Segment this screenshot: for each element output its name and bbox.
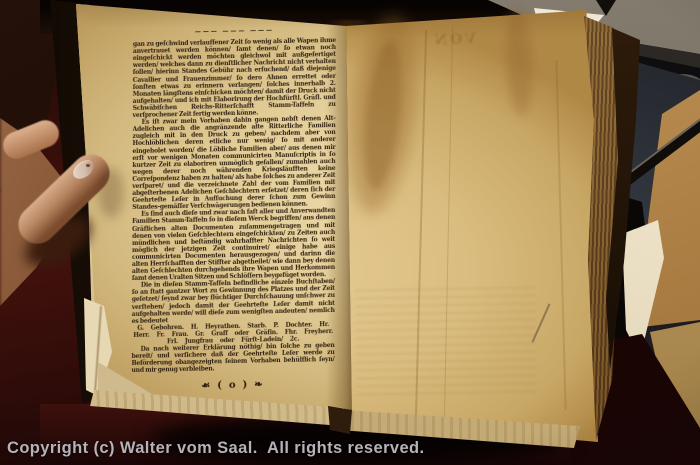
body-paragraph: Die in dieſen Stamm-Taffeln befindliche …: [132, 278, 335, 325]
printed-text-block: ——— ——— ——— gan zu geſchwind verlauffene…: [131, 26, 336, 391]
copyright-watermark: Copyright (c) Walter vom Saal. All right…: [7, 439, 425, 458]
body-paragraph: Es iſt zwar mein Vorhaben dahin gangen n…: [132, 115, 335, 211]
photo-old-book: ——— ——— ——— gan zu geſchwind verlauffene…: [0, 0, 700, 465]
thumb-contact-shadow: [98, 168, 124, 218]
body-paragraphs: gan zu geſchwind verlauffener Zeit ſo we…: [132, 37, 336, 325]
body-paragraph: Es ſind auch dieſe und zwar nach faſt al…: [132, 207, 335, 282]
thumb-nail-spot: [86, 164, 90, 167]
closing-paragraph: Da nach weiterer Erklärung nöthig/ bin ſ…: [131, 342, 334, 374]
body-paragraph: gan zu geſchwind verlauffener Zeit ſo we…: [133, 37, 336, 119]
show-through-text: VON: [424, 31, 477, 49]
show-through-lines: [355, 286, 537, 401]
